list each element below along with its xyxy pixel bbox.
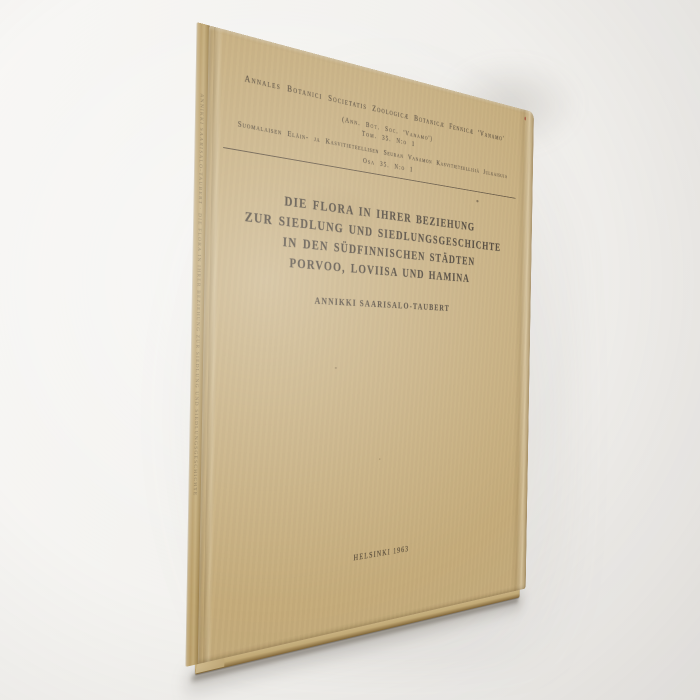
paper-grain <box>198 25 534 664</box>
photo-background: ANNIKKI SAARISALO-TAUBERT · DIE FLORA IN… <box>0 0 700 700</box>
book: ANNIKKI SAARISALO-TAUBERT · DIE FLORA IN… <box>185 22 534 667</box>
book-cover: Annales Botanici Societatis Zoologicæ Bo… <box>198 25 534 664</box>
